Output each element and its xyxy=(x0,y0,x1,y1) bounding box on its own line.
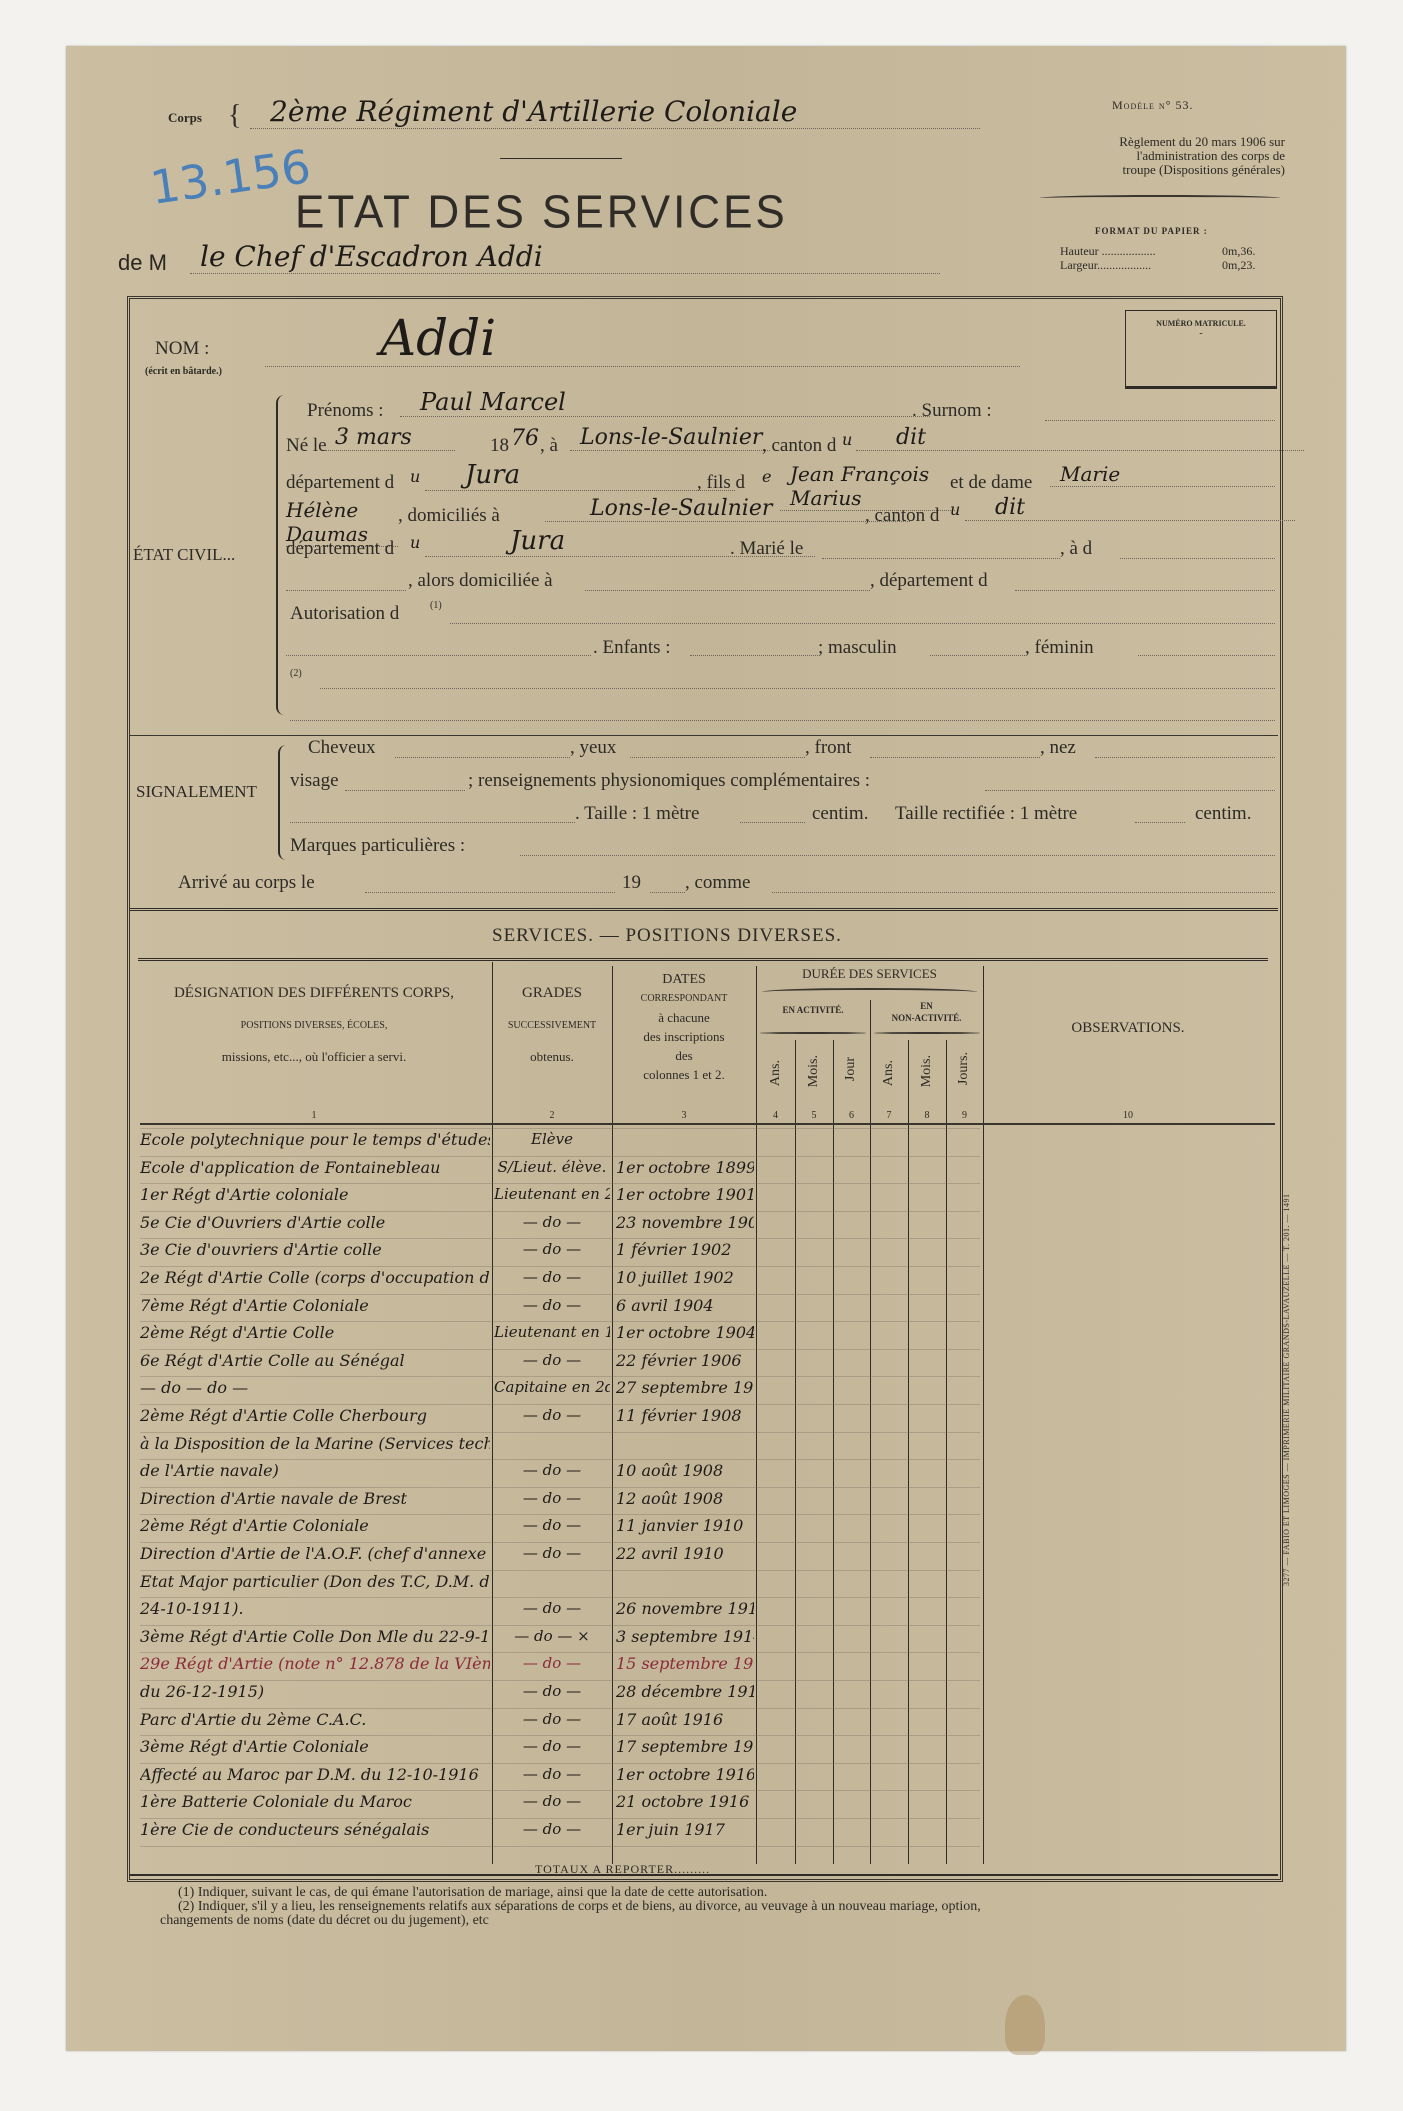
row-grade: Lieutenant en 1er xyxy=(494,1323,610,1341)
alors-label: , alors domiciliée à xyxy=(408,570,553,592)
col3-header-line6: colonnes 1 et 2. xyxy=(612,1065,756,1084)
col-number-8: 8 xyxy=(908,1110,946,1121)
ans2-header: Ans. xyxy=(881,1060,897,1086)
non-activite-header: EN NON-ACTIVITÉ. xyxy=(870,1000,983,1024)
mother-value-1: Marie xyxy=(1050,462,1275,487)
col-divider-4 xyxy=(795,1040,796,1864)
row-date: 1er octobre 1901 xyxy=(616,1185,754,1204)
cheveux-label: Cheveux xyxy=(308,737,376,759)
row-grade: Elève xyxy=(494,1130,610,1148)
ruled-line xyxy=(140,1128,980,1129)
row-corps: Etat Major particulier (Don des T.C, D.M… xyxy=(140,1572,490,1591)
arrive-date-field xyxy=(365,892,615,893)
row-grade: — do — xyxy=(494,1461,610,1479)
row-corps: Direction d'Artie de l'A.O.F. (chef d'an… xyxy=(140,1544,490,1563)
nom-value: Addi xyxy=(265,310,1020,367)
row-corps: — do — do — xyxy=(140,1378,490,1397)
col-number-5: 5 xyxy=(795,1110,833,1121)
row-corps: Ecole polytechnique pour le temps d'étud… xyxy=(140,1130,490,1149)
row-grade: — do — xyxy=(494,1516,610,1534)
row-date: 12 août 1908 xyxy=(616,1489,754,1508)
largeur-value: 0m,23. xyxy=(1222,258,1255,273)
note2-field-1 xyxy=(320,688,1275,689)
row-date: 11 janvier 1910 xyxy=(616,1516,754,1535)
row-corps: 1ère Cie de conducteurs sénégalais xyxy=(140,1820,490,1839)
ruled-line xyxy=(140,1432,980,1433)
col3-header-line3: à chacune xyxy=(612,1008,756,1027)
ruled-line xyxy=(140,1183,980,1184)
row-date: 1er juin 1917 xyxy=(616,1820,754,1839)
canton-suffix: u xyxy=(842,430,852,449)
row-grade: Capitaine en 2d xyxy=(494,1378,610,1396)
totals-rule xyxy=(130,1874,1278,1876)
ruled-line xyxy=(140,1625,980,1626)
centim-label: centim. xyxy=(812,803,868,825)
a-d-field xyxy=(1120,558,1275,559)
row-date: 1er octobre 1916 xyxy=(616,1765,754,1784)
dept-suffix: u xyxy=(410,467,420,486)
printer-imprint: 3277 — FABIO ET LIMOGES — IMPRIMERIE MIL… xyxy=(1282,950,1291,1830)
col3-header-line1: DATES xyxy=(612,970,756,989)
ruled-line xyxy=(140,1790,980,1791)
dept-label: département d xyxy=(286,472,394,494)
ruled-line xyxy=(140,1570,980,1571)
row-corps: 2ème Régt d'Artie Colle Cherbourg xyxy=(140,1406,490,1425)
row-date: 6 avril 1904 xyxy=(616,1296,754,1315)
reglement-text: Règlement du 20 mars 1906 sur l'administ… xyxy=(1030,135,1285,177)
birthplace-value: Lons-le-Saulnier xyxy=(570,425,770,451)
fils-suffix: e xyxy=(762,467,771,486)
duree-ornament xyxy=(762,988,977,996)
col2-header-line2: SUCCESSIVEMENT xyxy=(492,1020,612,1031)
comme-label: , comme xyxy=(685,872,750,894)
front-field xyxy=(870,757,1040,758)
ruled-line xyxy=(140,1597,980,1598)
canton2-suffix: u xyxy=(950,500,960,519)
row-date: 10 août 1908 xyxy=(616,1461,754,1480)
col3-header: DATES CORRESPONDANT à chacune des inscri… xyxy=(612,970,756,1084)
row-corps: 24-10-1911). xyxy=(140,1599,490,1618)
col-number-1: 1 xyxy=(138,1110,490,1121)
front-label: , front xyxy=(805,737,851,759)
row-date: 22 avril 1910 xyxy=(616,1544,754,1563)
nom-note: (écrit en bâtarde.) xyxy=(145,366,222,377)
row-date: 11 février 1908 xyxy=(616,1406,754,1425)
row-corps: 3e Cie d'ouvriers d'Artie colle xyxy=(140,1240,490,1259)
taille-rectifiee-label: Taille rectifiée : 1 mètre xyxy=(895,803,1077,825)
row-date: 15 septembre 1914 xyxy=(616,1654,754,1673)
corps-label: Corps xyxy=(168,110,202,126)
row-corps: 1ère Batterie Coloniale du Maroc xyxy=(140,1792,490,1811)
surnom-field xyxy=(1045,420,1275,421)
col-divider-3 xyxy=(756,966,757,1864)
col-number-10: 10 xyxy=(983,1110,1273,1121)
row-corps: 7ème Régt d'Artie Coloniale xyxy=(140,1296,490,1315)
page-title: ETAT DES SERVICES xyxy=(295,187,788,240)
col2-header-line3: obtenus. xyxy=(492,1049,612,1065)
row-date: 1 février 1902 xyxy=(616,1240,754,1259)
masculin-field xyxy=(930,655,1025,656)
jour-header: Jour xyxy=(843,1057,859,1081)
taille-rectifiee-field xyxy=(1135,822,1185,823)
row-corps: 6e Régt d'Artie Colle au Sénégal xyxy=(140,1351,490,1370)
prenoms-value: Paul Marcel xyxy=(400,388,930,417)
visage-field xyxy=(345,790,465,791)
row-corps: 3ème Régt d'Artie Coloniale xyxy=(140,1737,490,1756)
de-label: de M xyxy=(118,250,167,276)
canton-value: dit xyxy=(856,425,1304,451)
reglement-line-3: troupe (Dispositions générales) xyxy=(1030,163,1285,177)
row-corps: de l'Artie navale) xyxy=(140,1461,490,1480)
observations-header: OBSERVATIONS. xyxy=(983,1020,1273,1037)
row-grade: — do — xyxy=(494,1654,610,1672)
col-divider-1 xyxy=(492,962,493,1864)
ruled-line xyxy=(140,1735,980,1736)
col-number-7: 7 xyxy=(870,1110,908,1121)
arrive-label: Arrivé au corps le xyxy=(178,872,315,894)
en-activite-header: EN ACTIVITÉ. xyxy=(756,1005,870,1015)
ne-le-label: Né le xyxy=(286,435,327,457)
ruled-line xyxy=(140,1156,980,1157)
duree-header: DURÉE DES SERVICES xyxy=(756,966,983,982)
nom-label: NOM : xyxy=(155,338,209,360)
ruled-line xyxy=(140,1238,980,1239)
row-date: 10 juillet 1902 xyxy=(616,1268,754,1287)
ruled-line xyxy=(140,1211,980,1212)
ruled-line xyxy=(140,1846,980,1847)
dept2-label: département d xyxy=(286,538,394,560)
taille-prefix-field xyxy=(290,822,575,823)
mois2-header: Mois. xyxy=(919,1055,935,1087)
hauteur-label: Hauteur .................. xyxy=(1060,244,1156,259)
row-grade: — do — xyxy=(494,1240,610,1258)
row-grade: — do — xyxy=(494,1599,610,1617)
ornament-divider xyxy=(1040,195,1280,201)
masculin-label: ; masculin xyxy=(818,637,897,659)
col3-header-line2: CORRESPONDANT xyxy=(612,989,756,1008)
row-corps: Ecole d'application de Fontainebleau xyxy=(140,1158,490,1177)
modele-number: Modèle n° 53. xyxy=(1112,98,1193,113)
row-corps: du 26-12-1915) xyxy=(140,1682,490,1701)
note2-marker: (2) xyxy=(290,668,302,679)
canton2-value: dit xyxy=(965,495,1295,521)
row-grade: — do — xyxy=(494,1765,610,1783)
renseignements-label: ; renseignements physionomiques compléme… xyxy=(468,770,870,792)
marie-field xyxy=(822,558,1060,559)
ruled-line xyxy=(140,1818,980,1819)
row-corps: 3ème Régt d'Artie Colle Don Mle du 22-9-… xyxy=(140,1627,490,1646)
ruled-line xyxy=(140,1321,980,1322)
alors-field xyxy=(585,590,870,591)
row-date: 3 septembre 1914 xyxy=(616,1627,754,1646)
dame-label: et de dame xyxy=(950,472,1032,494)
row-grade: — do — xyxy=(494,1351,610,1369)
row-corps: 29e Régt d'Artie (note n° 12.878 de la V… xyxy=(140,1654,490,1673)
centim2-label: centim. xyxy=(1195,803,1251,825)
feminin-label: , féminin xyxy=(1025,637,1094,659)
ruled-line xyxy=(140,1763,980,1764)
enfants-field xyxy=(690,655,818,656)
canton2-label: , canton d xyxy=(865,505,939,527)
etat-civil-label: ÉTAT CIVIL... xyxy=(133,545,235,565)
ruled-line xyxy=(140,1542,980,1543)
row-corps: 2ème Régt d'Artie Colle xyxy=(140,1323,490,1342)
row-grade: — do — xyxy=(494,1268,610,1286)
row-grade: — do — xyxy=(494,1682,610,1700)
row-date: 22 février 1906 xyxy=(616,1351,754,1370)
row-corps: 2e Régt d'Artie Colle (corps d'occupatio… xyxy=(140,1268,490,1287)
col-divider-8 xyxy=(946,1040,947,1864)
a-d-label: , à d xyxy=(1060,538,1092,560)
nez-field xyxy=(1095,757,1275,758)
row-grade: — do — xyxy=(494,1792,610,1810)
water-stain xyxy=(1005,1995,1045,2055)
comme-field xyxy=(772,892,1275,893)
row-corps: Direction d'Artie navale de Brest xyxy=(140,1489,490,1508)
enfants-prefix-field xyxy=(286,655,591,656)
col1-header-line2: POSITIONS DIVERSES, ÉCOLES, xyxy=(138,1020,490,1031)
jours2-header: Jours. xyxy=(956,1052,972,1085)
col1-header-line3: missions, etc..., où l'officier a servi. xyxy=(138,1049,490,1065)
row-corps: à la Disposition de la Marine (Services … xyxy=(140,1434,490,1453)
dept2-suffix: u xyxy=(410,533,420,552)
domicilies-label: , domiciliés à xyxy=(398,505,500,527)
row-grade: — do — xyxy=(494,1406,610,1424)
row-corps: 2ème Régt d'Artie Coloniale xyxy=(140,1516,490,1535)
dept-value: Jura xyxy=(425,460,735,491)
ans-header: Ans. xyxy=(768,1060,784,1086)
marques-label: Marques particulières : xyxy=(290,835,465,857)
surnom-label: . Surnom : xyxy=(912,400,992,422)
matricule-label: NUMÉRO MATRICULE. xyxy=(1126,319,1276,328)
etat-civil-divider xyxy=(130,735,1278,736)
signalement-divider xyxy=(130,908,1278,914)
mois-header: Mois. xyxy=(806,1055,822,1087)
format-title: FORMAT DU PAPIER : xyxy=(1095,226,1208,236)
reglement-line-1: Règlement du 20 mars 1906 sur xyxy=(1030,135,1285,149)
row-grade: — do — xyxy=(494,1737,610,1755)
row-corps: Affecté au Maroc par D.M. du 12-10-1916 xyxy=(140,1765,490,1784)
footnotes: (1) Indiquer, suivant le cas, de qui éma… xyxy=(160,1886,1270,1928)
row-grade: — do — xyxy=(494,1489,610,1507)
prenoms-label: Prénoms : xyxy=(307,400,384,422)
birth-day-value: 3 mars xyxy=(325,425,455,451)
col-divider-2 xyxy=(612,966,613,1864)
cheveux-field xyxy=(395,757,570,758)
non-activite-ornament xyxy=(874,1032,980,1034)
col-number-4: 4 xyxy=(756,1110,795,1121)
footnote-2: (2) Indiquer, s'il y a lieu, les renseig… xyxy=(160,1900,1270,1914)
col-divider-9 xyxy=(983,966,984,1864)
alors-prefix-field xyxy=(286,590,406,591)
enfants-label: . Enfants : xyxy=(593,637,671,659)
row-date: 23 novembre 1901 xyxy=(616,1213,754,1232)
row-corps: 1er Régt d'Artie coloniale xyxy=(140,1185,490,1204)
matricule-value: - xyxy=(1126,328,1276,339)
col3-header-line4: des inscriptions xyxy=(612,1027,756,1046)
col1-header: DÉSIGNATION DES DIFFÉRENTS CORPS, POSITI… xyxy=(138,985,490,1065)
dept3-label: , département d xyxy=(870,570,988,592)
ruled-line xyxy=(140,1266,980,1267)
row-date: 1er octobre 1899 xyxy=(616,1158,754,1177)
non-activite-line1: EN xyxy=(870,1000,983,1012)
col2-header: GRADES SUCCESSIVEMENT obtenus. xyxy=(492,985,612,1065)
ruled-line xyxy=(140,1708,980,1709)
row-date: 17 septembre 1916 xyxy=(616,1737,754,1756)
fils-label: , fils d xyxy=(697,472,745,494)
footnote-1: (1) Indiquer, suivant le cas, de qui éma… xyxy=(160,1886,1270,1900)
domicile-value: Lons-le-Saulnier xyxy=(545,496,910,522)
ruled-line xyxy=(140,1294,980,1295)
birth-year-prefix: 18 xyxy=(490,435,509,457)
arrive-year-field xyxy=(650,892,685,893)
taille-field xyxy=(740,822,805,823)
visage-label: visage xyxy=(290,770,339,792)
dept3-field xyxy=(1015,590,1275,591)
row-date: 21 octobre 1916 xyxy=(616,1792,754,1811)
marques-field xyxy=(520,855,1275,856)
largeur-label: Largeur.................. xyxy=(1060,258,1151,273)
row-grade: — do — xyxy=(494,1544,610,1562)
header-rule xyxy=(500,158,622,159)
ruled-line xyxy=(140,1487,980,1488)
col1-header-line1: DÉSIGNATION DES DIFFÉRENTS CORPS, xyxy=(138,985,490,1002)
matricule-box: NUMÉRO MATRICULE. - xyxy=(1125,310,1277,389)
col-divider-7 xyxy=(908,1040,909,1864)
row-grade: — do — xyxy=(494,1710,610,1728)
row-grade: S/Lieut. élève. xyxy=(494,1158,610,1176)
col-number-rule xyxy=(140,1123,1275,1125)
birth-year-value: 76 xyxy=(511,426,539,451)
de-value: le Chef d'Escadron Addi xyxy=(190,240,940,274)
row-date: 17 août 1916 xyxy=(616,1710,754,1729)
row-grade: — do — xyxy=(494,1296,610,1314)
col2-header-line1: GRADES xyxy=(492,985,612,1002)
footnote-2-cont: changements de noms (date du décret ou d… xyxy=(160,1914,1270,1928)
row-corps: Parc d'Artie du 2ème C.A.C. xyxy=(140,1710,490,1729)
hauteur-value: 0m,36. xyxy=(1222,244,1255,259)
nez-label: , nez xyxy=(1040,737,1076,759)
col-number-9: 9 xyxy=(946,1110,983,1121)
services-title-rule xyxy=(138,958,1268,961)
marie-label: . Marié le xyxy=(730,538,803,560)
col-number-3: 3 xyxy=(612,1110,756,1121)
signalement-label: SIGNALEMENT xyxy=(136,782,257,802)
ruled-line xyxy=(140,1459,980,1460)
ruled-line xyxy=(140,1514,980,1515)
autorisation-label: Autorisation d xyxy=(290,603,399,625)
ruled-line xyxy=(140,1680,980,1681)
ruled-line xyxy=(140,1652,980,1653)
note2-field-2 xyxy=(290,720,1275,721)
autorisation-field xyxy=(450,623,1275,624)
yeux-field xyxy=(630,757,805,758)
col-number-6: 6 xyxy=(833,1110,870,1121)
autorisation-footnote-ref: (1) xyxy=(430,600,442,611)
feminin-field xyxy=(1138,655,1275,656)
arrive-year-label: 19 xyxy=(622,872,641,894)
row-corps: 5e Cie d'Ouvriers d'Artie colle xyxy=(140,1213,490,1232)
taille-label: . Taille : 1 mètre xyxy=(575,803,699,825)
a-label: , à xyxy=(540,435,558,457)
en-activite-ornament xyxy=(760,1032,866,1034)
services-title: SERVICES. — POSITIONS DIVERSES. xyxy=(492,925,842,947)
ruled-line xyxy=(140,1376,980,1377)
non-activite-line2: NON-ACTIVITÉ. xyxy=(870,1012,983,1024)
row-date: 1er octobre 1904 xyxy=(616,1323,754,1342)
corps-brace: { xyxy=(228,100,241,132)
row-grade: — do — × xyxy=(494,1627,610,1645)
yeux-label: , yeux xyxy=(570,737,616,759)
row-date: 26 novembre 1911 xyxy=(616,1599,754,1618)
corps-value: 2ème Régiment d'Artillerie Coloniale xyxy=(250,95,980,129)
signalement-brace xyxy=(278,745,290,860)
row-grade: — do — xyxy=(494,1820,610,1838)
col-divider-5 xyxy=(833,1040,834,1864)
col3-header-line5: des xyxy=(612,1046,756,1065)
renseignements-field xyxy=(985,790,1275,791)
row-date: 28 décembre 1915 xyxy=(616,1682,754,1701)
ruled-line xyxy=(140,1404,980,1405)
row-date: 27 septembre 1906 xyxy=(616,1378,754,1397)
canton-label: , canton d xyxy=(762,435,836,457)
ruled-line xyxy=(140,1349,980,1350)
row-grade: — do — xyxy=(494,1213,610,1231)
col-number-2: 2 xyxy=(492,1110,612,1121)
row-grade: Lieutenant en 2d xyxy=(494,1185,610,1203)
reglement-line-2: l'administration des corps de xyxy=(1030,149,1285,163)
